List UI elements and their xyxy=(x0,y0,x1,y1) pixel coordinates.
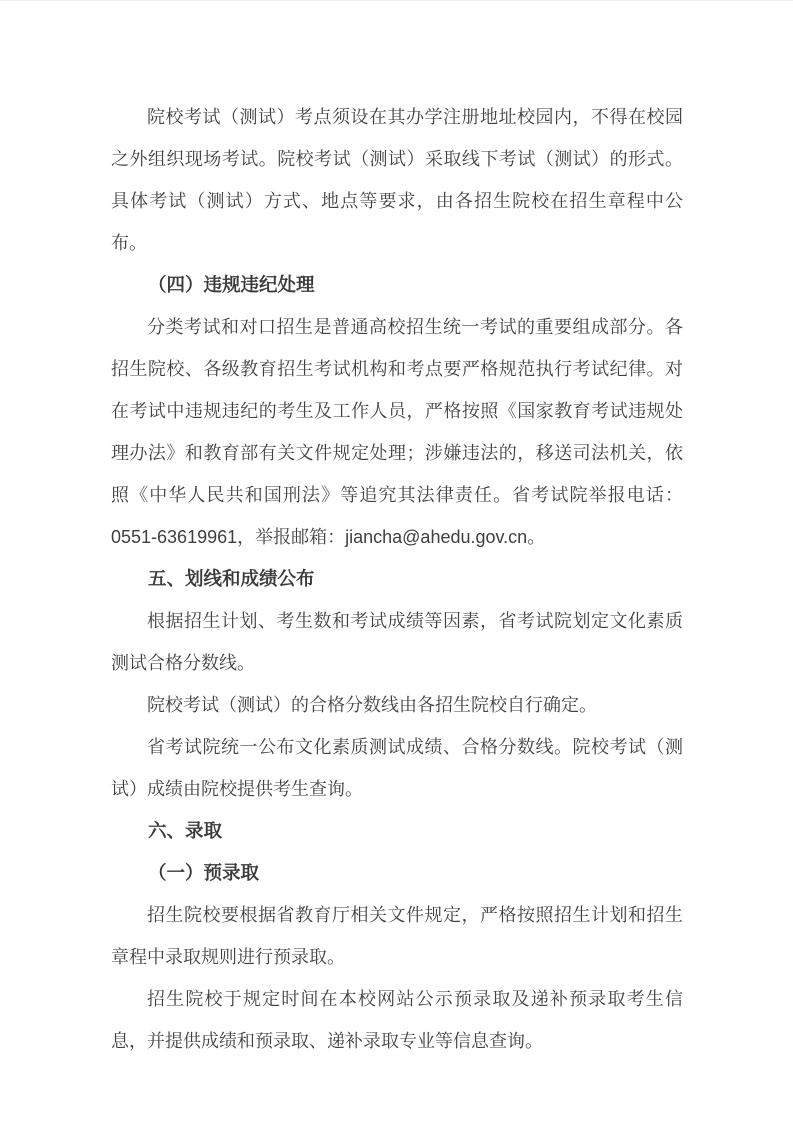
paragraph: 院校考试（测试）考点须设在其办学注册地址校园内，不得在校园之外组织现场考试。院校… xyxy=(111,96,683,264)
page-top-edge-line xyxy=(0,0,793,1)
paragraph: 根据招生计划、考生数和考试成绩等因素，省考试院划定文化素质测试合格分数线。 xyxy=(111,600,683,684)
paragraph: 分类考试和对口招生是普通高校招生统一考试的重要组成部分。各招生院校、各级教育招生… xyxy=(111,306,683,558)
paragraph: 招生院校于规定时间在本校网站公示预录取及递补预录取考生信息，并提供成绩和预录取、… xyxy=(111,978,683,1062)
paragraph: 省考试院统一公布文化素质测试成绩、合格分数线。院校考试（测试）成绩由院校提供考生… xyxy=(111,726,683,810)
document-page: 院校考试（测试）考点须设在其办学注册地址校园内，不得在校园之外组织现场考试。院校… xyxy=(0,0,793,1122)
section-heading: （一）预录取 xyxy=(111,852,683,894)
document-content: 院校考试（测试）考点须设在其办学注册地址校园内，不得在校园之外组织现场考试。院校… xyxy=(111,96,683,1062)
section-heading: 五、划线和成绩公布 xyxy=(111,558,683,600)
section-heading: （四）违规违纪处理 xyxy=(111,264,683,306)
section-heading: 六、录取 xyxy=(111,810,683,852)
paragraph: 招生院校要根据省教育厅相关文件规定，严格按照招生计划和招生章程中录取规则进行预录… xyxy=(111,894,683,978)
paragraph: 院校考试（测试）的合格分数线由各招生院校自行确定。 xyxy=(111,684,683,726)
